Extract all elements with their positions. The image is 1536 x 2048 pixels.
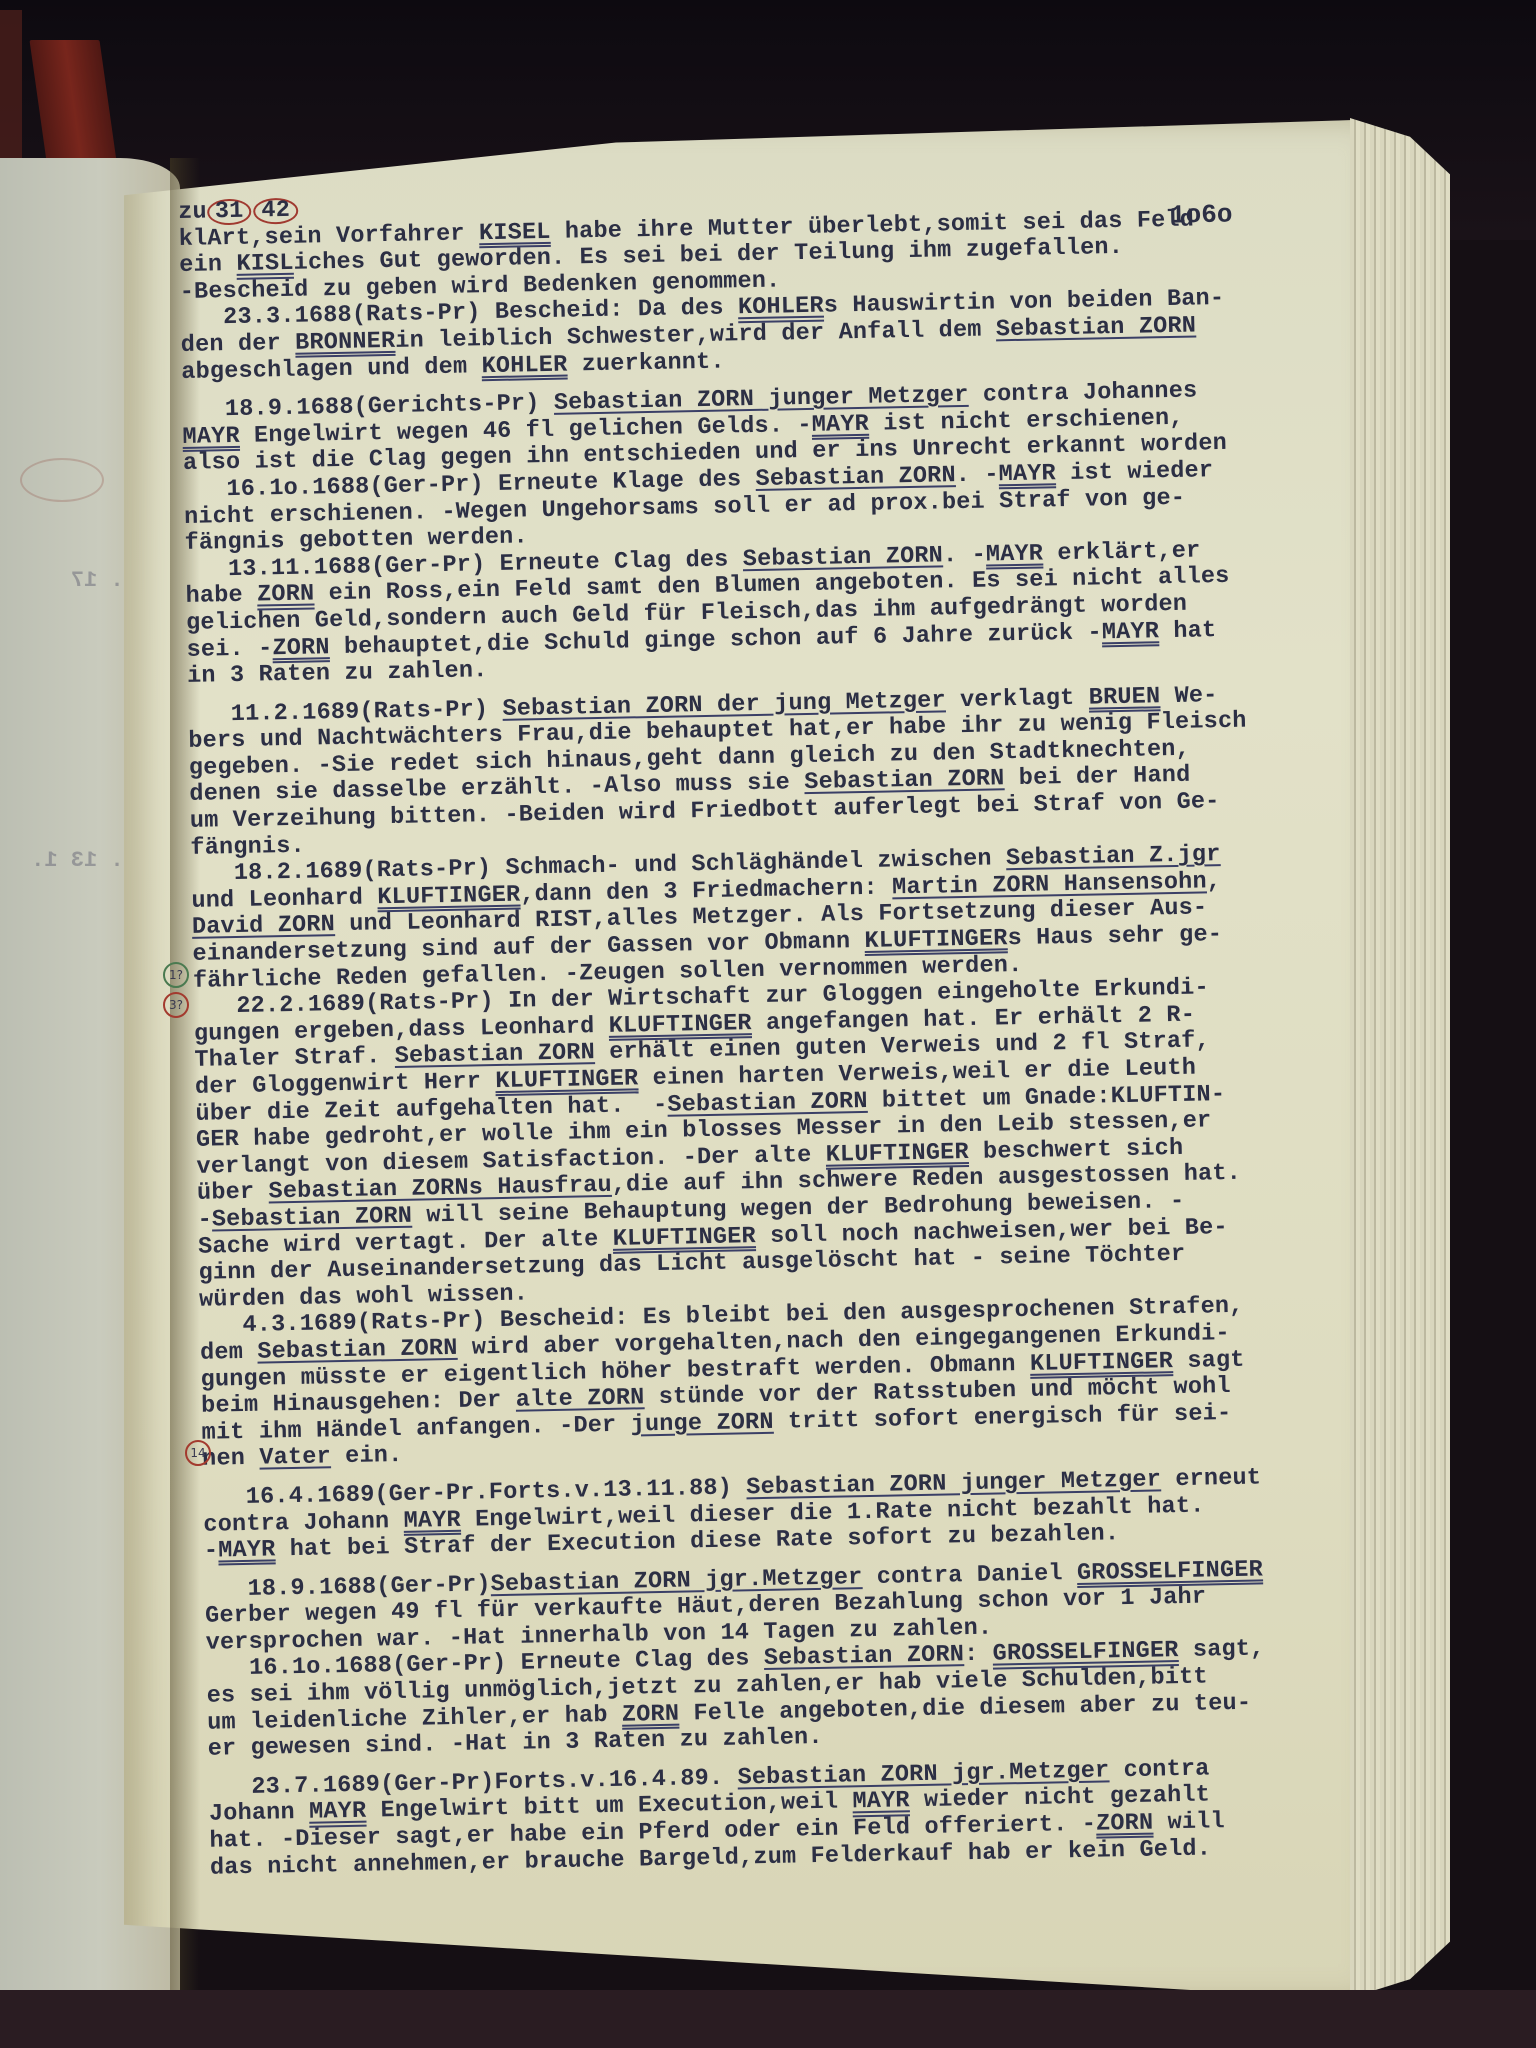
underlined-name: KLUFTINGER bbox=[608, 1010, 752, 1040]
underlined-name: KLUFTINGER bbox=[613, 1223, 757, 1253]
underlined-name: ZORN bbox=[257, 581, 315, 609]
underlined-name: KLUFTINGER bbox=[826, 1139, 970, 1169]
typewritten-text: zu3142 klArt,sein Vorfahrer KISEL habe i… bbox=[178, 177, 1400, 1882]
underlined-name: MAYR bbox=[403, 1506, 461, 1534]
underlined-name: KISL bbox=[236, 250, 294, 278]
underlined-name: MAYR bbox=[182, 423, 240, 451]
underlined-name: Vater bbox=[259, 1444, 331, 1472]
underlined-name: alte ZORN bbox=[516, 1384, 645, 1413]
margin-annotation: 3? bbox=[163, 992, 189, 1018]
underlined-name: MAYR bbox=[309, 1798, 367, 1826]
underlined-name: KLUFTINGER bbox=[1030, 1348, 1174, 1378]
underlined-name: ZORN bbox=[272, 634, 330, 662]
underlined-name: David ZORN bbox=[192, 912, 336, 942]
underlined-name: junge ZORN bbox=[630, 1409, 774, 1439]
background-bottom bbox=[0, 1990, 1536, 2048]
underlined-name: Sebastian ZORN bbox=[755, 462, 956, 493]
underlined-name: MAYR bbox=[218, 1536, 276, 1564]
underlined-name: ZORN bbox=[1096, 1810, 1154, 1838]
bookmark-ribbon bbox=[0, 10, 22, 160]
underlined-name: KISEL bbox=[479, 218, 551, 246]
underlined-name: KLUFTINGER bbox=[495, 1065, 639, 1095]
underlined-name: KLUFTINGER bbox=[377, 881, 521, 911]
underlined-name: ZORN bbox=[622, 1700, 680, 1728]
underlined-name: MAYR bbox=[986, 540, 1044, 568]
underlined-name: Sebastian ZORN bbox=[996, 312, 1197, 343]
circled-ref: 31 bbox=[207, 199, 252, 226]
underlined-name: MAYR bbox=[811, 411, 869, 439]
margin-annotation: 14 bbox=[185, 1440, 211, 1466]
underlined-name: Sebastian ZORN bbox=[257, 1335, 458, 1366]
underlined-name: GROSSELFINGER bbox=[1077, 1556, 1263, 1587]
underlined-name: BRUEN bbox=[1089, 683, 1161, 711]
underlined-name: BRONNER bbox=[295, 328, 396, 357]
underlined-name: KOHLER bbox=[481, 351, 567, 380]
header-prefix: zu bbox=[178, 198, 207, 226]
text-lines: klArt,sein Vorfahrer KISEL habe ihre Mut… bbox=[179, 204, 1401, 1882]
underlined-name: MAYR bbox=[998, 460, 1056, 488]
underlined-name: MAYR bbox=[852, 1788, 910, 1816]
underlined-name: GROSSELFINGER bbox=[992, 1638, 1178, 1669]
ghost-circle bbox=[20, 458, 104, 502]
circled-ref: 42 bbox=[253, 198, 298, 225]
underlined-name: MAYR bbox=[1102, 618, 1160, 646]
underlined-name: Sebastian ZORN bbox=[212, 1203, 413, 1234]
margin-annotation: 1? bbox=[163, 962, 189, 988]
underlined-name: KOHLER bbox=[738, 293, 824, 322]
underlined-name: KLUFTINGER bbox=[864, 925, 1008, 955]
